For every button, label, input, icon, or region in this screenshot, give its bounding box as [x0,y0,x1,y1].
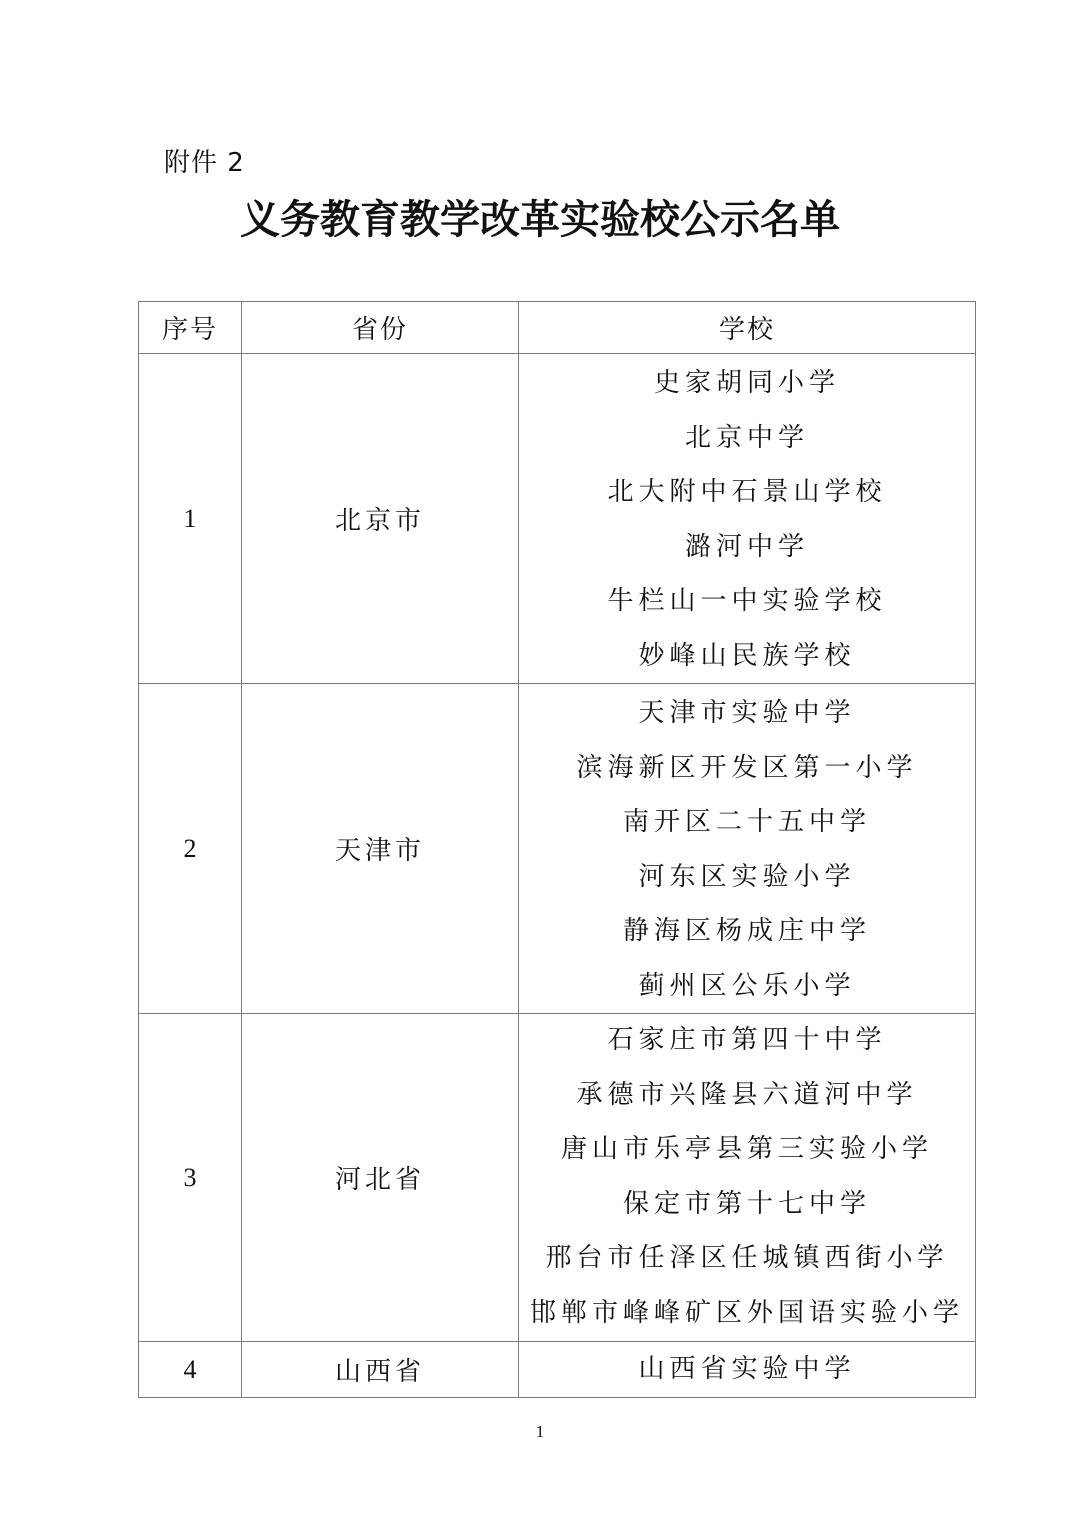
row-index: 3 [139,1014,242,1342]
row-province: 河北省 [242,1014,519,1342]
row-schools: 山西省实验中学 [519,1342,976,1398]
school-name: 邯郸市峰峰矿区外国语实验小学 [519,1286,975,1341]
school-name: 石家庄市第四十中学 [519,1013,975,1068]
table-header-row: 序号 省份 学校 [139,302,976,354]
row-index: 4 [139,1342,242,1398]
table-row: 3 河北省 石家庄市第四十中学 承德市兴隆县六道河中学 唐山市乐亭县第三实验小学… [139,1014,976,1342]
school-list-table: 序号 省份 学校 1 北京市 史家胡同小学 北京中学 北大附中石景山学校 潞河中… [138,301,976,1398]
page-number: 1 [0,1422,1080,1442]
school-name: 蓟州区公乐小学 [519,959,975,1014]
school-name: 潞河中学 [519,520,975,575]
school-name: 滨海新区开发区第一小学 [519,741,975,796]
row-province: 北京市 [242,354,519,684]
row-schools: 天津市实验中学 滨海新区开发区第一小学 南开区二十五中学 河东区实验小学 静海区… [519,684,976,1014]
header-index: 序号 [139,302,242,354]
school-name: 北大附中石景山学校 [519,465,975,520]
school-name: 妙峰山民族学校 [519,629,975,684]
header-school: 学校 [519,302,976,354]
school-name: 北京中学 [519,411,975,466]
school-name: 河东区实验小学 [519,850,975,905]
header-province: 省份 [242,302,519,354]
school-name: 山西省实验中学 [519,1342,975,1397]
school-name: 静海区杨成庄中学 [519,904,975,959]
school-name: 唐山市乐亭县第三实验小学 [519,1122,975,1177]
school-name: 南开区二十五中学 [519,795,975,850]
row-index: 1 [139,354,242,684]
table-row: 2 天津市 天津市实验中学 滨海新区开发区第一小学 南开区二十五中学 河东区实验… [139,684,976,1014]
table-row: 4 山西省 山西省实验中学 [139,1342,976,1398]
row-index: 2 [139,684,242,1014]
document-title: 义务教育教学改革实验校公示名单 [0,188,1080,245]
row-schools: 石家庄市第四十中学 承德市兴隆县六道河中学 唐山市乐亭县第三实验小学 保定市第十… [519,1014,976,1342]
school-name: 承德市兴隆县六道河中学 [519,1068,975,1123]
row-province: 山西省 [242,1342,519,1398]
row-province: 天津市 [242,684,519,1014]
school-name: 邢台市任泽区任城镇西街小学 [519,1231,975,1286]
attachment-label: 附件 2 [164,142,245,179]
row-schools: 史家胡同小学 北京中学 北大附中石景山学校 潞河中学 牛栏山一中实验学校 妙峰山… [519,354,976,684]
school-name: 史家胡同小学 [519,356,975,411]
school-name: 牛栏山一中实验学校 [519,574,975,629]
table-row: 1 北京市 史家胡同小学 北京中学 北大附中石景山学校 潞河中学 牛栏山一中实验… [139,354,976,684]
school-name: 保定市第十七中学 [519,1177,975,1232]
school-name: 天津市实验中学 [519,686,975,741]
